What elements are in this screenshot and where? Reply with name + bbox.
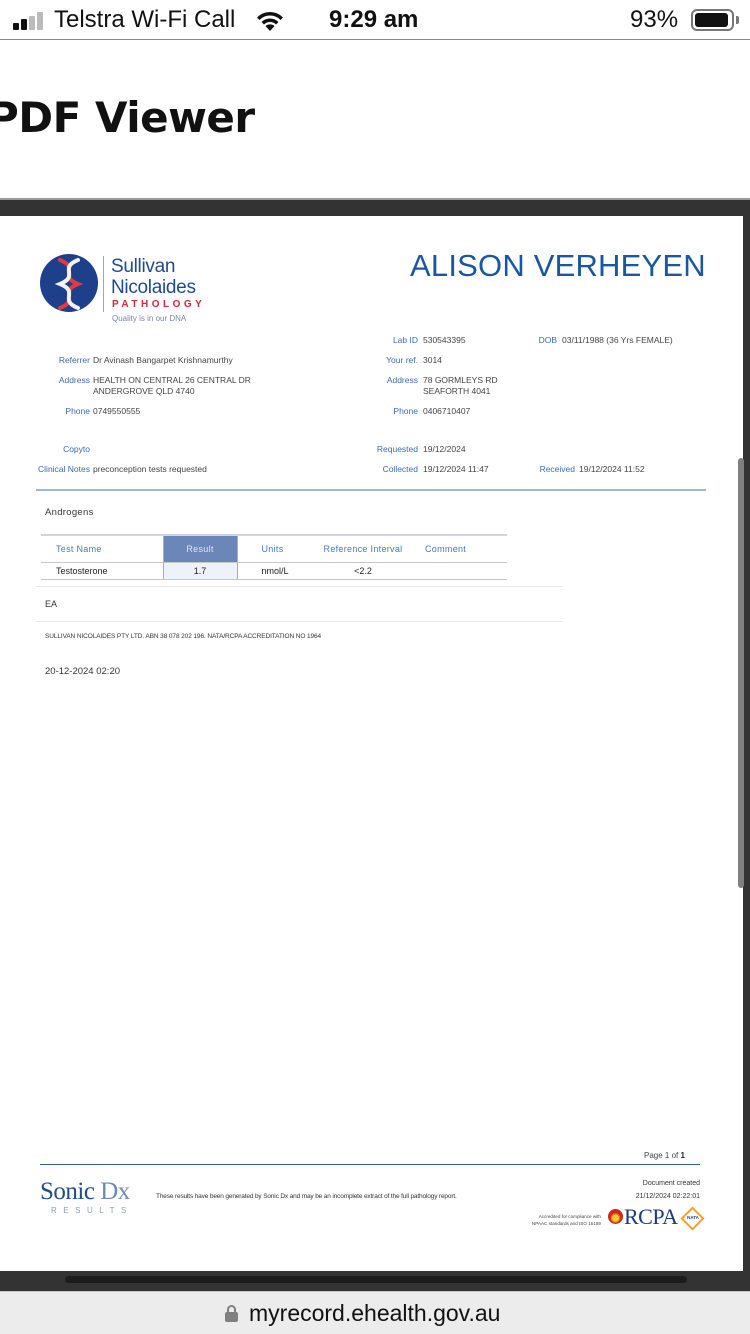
cell-units: nmol/L: [237, 562, 311, 579]
accreditation-line1: Accredited for compliance with: [515, 1213, 601, 1220]
patient-address-line1: 78 GORMLEYS RD: [423, 375, 498, 386]
page-number: Page 1 of 1: [644, 1151, 685, 1160]
referrer-address-label: Address: [30, 375, 90, 385]
rcpa-flame-icon: [608, 1209, 623, 1224]
lab-name-line3: PATHOLOGY: [112, 299, 205, 310]
clinical-notes-label: Clinical Notes: [20, 464, 90, 474]
col-reference-interval: Reference Interval: [311, 535, 415, 562]
divider: [36, 586, 563, 587]
your-ref-value: 3014: [423, 355, 442, 366]
referrer-phone-label: Phone: [30, 406, 90, 416]
brand-main: Sonic: [40, 1178, 94, 1205]
referrer-phone-value: 0749550555: [93, 406, 140, 417]
patient-address-line2: SEAFORTH 4041: [423, 386, 490, 397]
cell-reference-interval: <2.2: [311, 562, 415, 579]
col-units: Units: [237, 535, 311, 562]
battery-tip: [736, 16, 739, 24]
accreditation-text: Accredited for compliance with NPAAC sta…: [515, 1213, 601, 1227]
received-value: 19/12/2024 11:52: [579, 464, 645, 475]
url-text[interactable]: myrecord.ehealth.gov.au: [249, 1300, 500, 1327]
page-current: 1: [665, 1151, 669, 1160]
page-of-label: of: [672, 1151, 679, 1160]
rcpa-logo: RCPA: [624, 1204, 677, 1230]
battery-percent: 93%: [630, 6, 678, 34]
page-title: PDF Viewer: [0, 93, 255, 142]
divider: [36, 621, 563, 622]
lab-id-value: 530543395: [423, 335, 466, 346]
carrier-name: Telstra Wi-Fi Call: [54, 6, 235, 34]
logo-divider: [103, 256, 104, 312]
lab-name-line2: Nicolaides: [111, 277, 196, 299]
accreditation-line2: NPAAC standards and ISO 15189: [515, 1220, 601, 1227]
sonic-dx-subtitle: RESULTS: [51, 1206, 133, 1215]
cellular-signal-icon: [13, 12, 47, 30]
col-test-name: Test Name: [41, 535, 163, 562]
printed-timestamp: 20-12-2024 02:20: [45, 666, 120, 677]
results-table-header: Test Name Result Units Reference Interva…: [41, 535, 507, 562]
clinical-notes-value: preconception tests requested: [93, 464, 207, 475]
requested-label: Requested: [360, 444, 418, 454]
pdf-viewer-frame[interactable]: Sullivan Nicolaides PATHOLOGY Quality is…: [0, 198, 750, 1291]
your-ref-label: Your ref.: [360, 355, 418, 365]
received-label: Received: [515, 464, 575, 474]
battery-icon: [691, 9, 734, 31]
section-title: Androgens: [45, 507, 94, 518]
cell-comment: [415, 562, 507, 579]
results-table: Test Name Result Units Reference Interva…: [41, 534, 507, 580]
header-divider: [36, 489, 706, 491]
lab-name-line1: Sullivan: [111, 256, 175, 278]
vertical-scrollbar[interactable]: [738, 458, 744, 888]
page-label: Page: [644, 1151, 663, 1160]
collected-label: Collected: [360, 464, 418, 474]
patient-name: ALISON VERHEYEN: [410, 248, 706, 284]
cell-test-name: Testosterone: [41, 562, 163, 579]
nata-logo-text: NATA: [683, 1215, 703, 1220]
patient-address-label: Address: [360, 375, 418, 385]
table-row: Testosterone 1.7 nmol/L <2.2: [41, 562, 507, 579]
dob-label: DOB: [500, 335, 557, 345]
copy-to-label: Copyto: [30, 444, 90, 454]
horizontal-scrollbar[interactable]: [65, 1276, 687, 1283]
sonic-dx-logo: Sonic Dx: [40, 1178, 130, 1206]
initials: EA: [45, 599, 57, 609]
clock: 9:29 am: [329, 6, 418, 34]
lab-accreditation-text: SULLIVAN NICOLAIDES PTY LTD. ABN 38 078 …: [45, 633, 321, 640]
document-created-value: 21/12/2024 02:22:01: [560, 1193, 700, 1200]
page-total: 1: [681, 1151, 685, 1160]
col-comment: Comment: [415, 535, 507, 562]
lab-logo-dna-icon: [40, 254, 98, 312]
requested-value: 19/12/2024: [423, 444, 466, 455]
referrer-label: Referrer: [30, 355, 90, 365]
collected-value: 19/12/2024 11:47: [423, 464, 489, 475]
cell-result: 1.7: [163, 562, 237, 579]
disclaimer-text: These results have been generated by Son…: [156, 1193, 457, 1200]
footer-divider: [40, 1164, 700, 1165]
browser-url-bar[interactable]: myrecord.ehealth.gov.au: [0, 1291, 750, 1334]
dob-value: 03/11/1988 (36 Yrs FEMALE): [562, 335, 673, 346]
status-bar: Telstra Wi-Fi Call 9:29 am 93%: [0, 0, 750, 40]
document-created-label: Document created: [560, 1180, 700, 1187]
lab-id-label: Lab ID: [360, 335, 418, 345]
col-result: Result: [163, 535, 237, 562]
brand-accent: Dx: [100, 1178, 130, 1205]
patient-phone-label: Phone: [360, 406, 418, 416]
referrer-address-line2: ANDERGROVE QLD 4740: [93, 386, 195, 397]
lab-tagline: Quality is in our DNA: [112, 314, 186, 323]
referrer-value: Dr Avinash Bangarpet Krishnamurthy: [93, 355, 233, 366]
battery-level: [695, 13, 728, 27]
wifi-icon: [255, 9, 285, 33]
patient-phone-value: 0406710407: [423, 406, 470, 417]
pdf-page[interactable]: Sullivan Nicolaides PATHOLOGY Quality is…: [0, 216, 743, 1271]
lock-icon: [225, 1305, 238, 1322]
referrer-address-line1: HEALTH ON CENTRAL 26 CENTRAL DR: [93, 375, 251, 386]
